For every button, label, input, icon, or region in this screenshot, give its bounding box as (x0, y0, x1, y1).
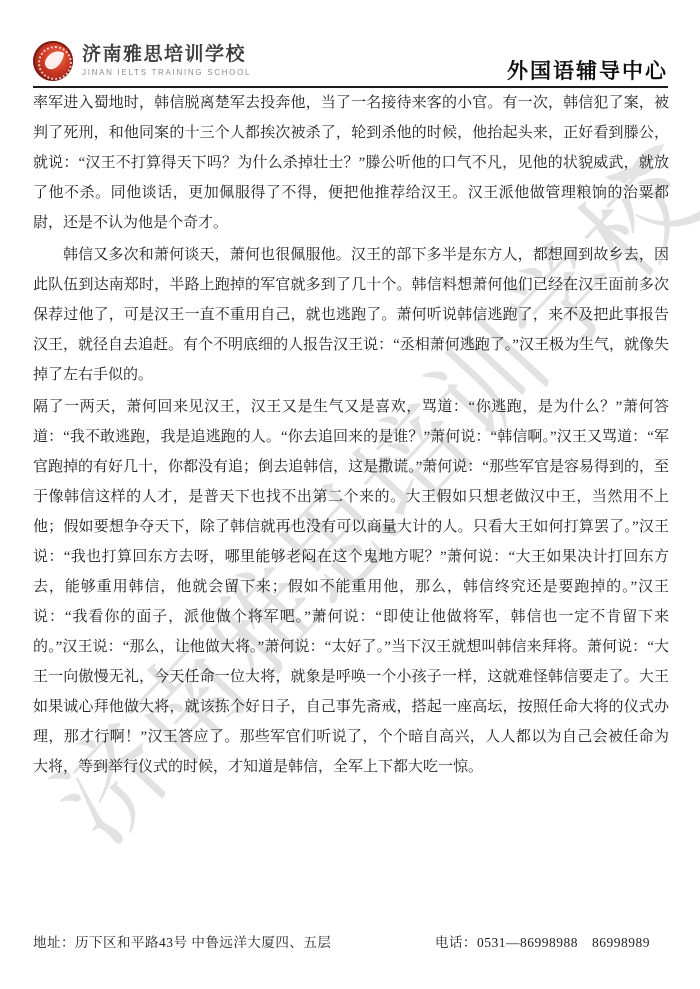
paragraph-3: 隔了一两天，萧何回来见汉王，汉王又是生气又是喜欢，骂道：“你逃跑，是为什么？”萧… (33, 392, 669, 782)
page-header: 济南雅思培训学校 JINAN IELTS TRAINING SCHOOL 外国语… (33, 26, 668, 88)
paragraph-1: 率军进入蜀地时，韩信脱离楚军去投奔他，当了一名接待来客的小官。有一次，韩信犯了案… (33, 88, 669, 238)
school-brand: 济南雅思培训学校 JINAN IELTS TRAINING SCHOOL (33, 41, 251, 86)
page-footer: 地址：历下区和平路43号 中鲁远洋大厦四、五层 电话：0531—86998988… (33, 931, 650, 951)
footer-address: 地址：历下区和平路43号 中鲁远洋大厦四、五层 (33, 931, 331, 951)
center-title: 外国语辅导中心 (507, 55, 668, 86)
document-page: 济南雅思培训学校 济南雅思培训学校 JINAN IELTS TRAINING S… (0, 0, 700, 989)
school-name-cn: 济南雅思培训学校 (82, 45, 251, 65)
footer-phone: 电话：0531—86998988 86998989 (435, 931, 650, 951)
school-name-block: 济南雅思培训学校 JINAN IELTS TRAINING SCHOOL (82, 45, 251, 77)
paragraph-2: 韩信又多次和萧何谈天，萧何也很佩服他。汉王的部下多半是东方人，都想回到故乡去，因… (33, 240, 669, 390)
article-body: 率军进入蜀地时，韩信脱离楚军去投奔他，当了一名接待来客的小官。有一次，韩信犯了案… (33, 88, 669, 782)
school-seal-icon (33, 41, 73, 81)
school-name-en: JINAN IELTS TRAINING SCHOOL (82, 68, 251, 77)
